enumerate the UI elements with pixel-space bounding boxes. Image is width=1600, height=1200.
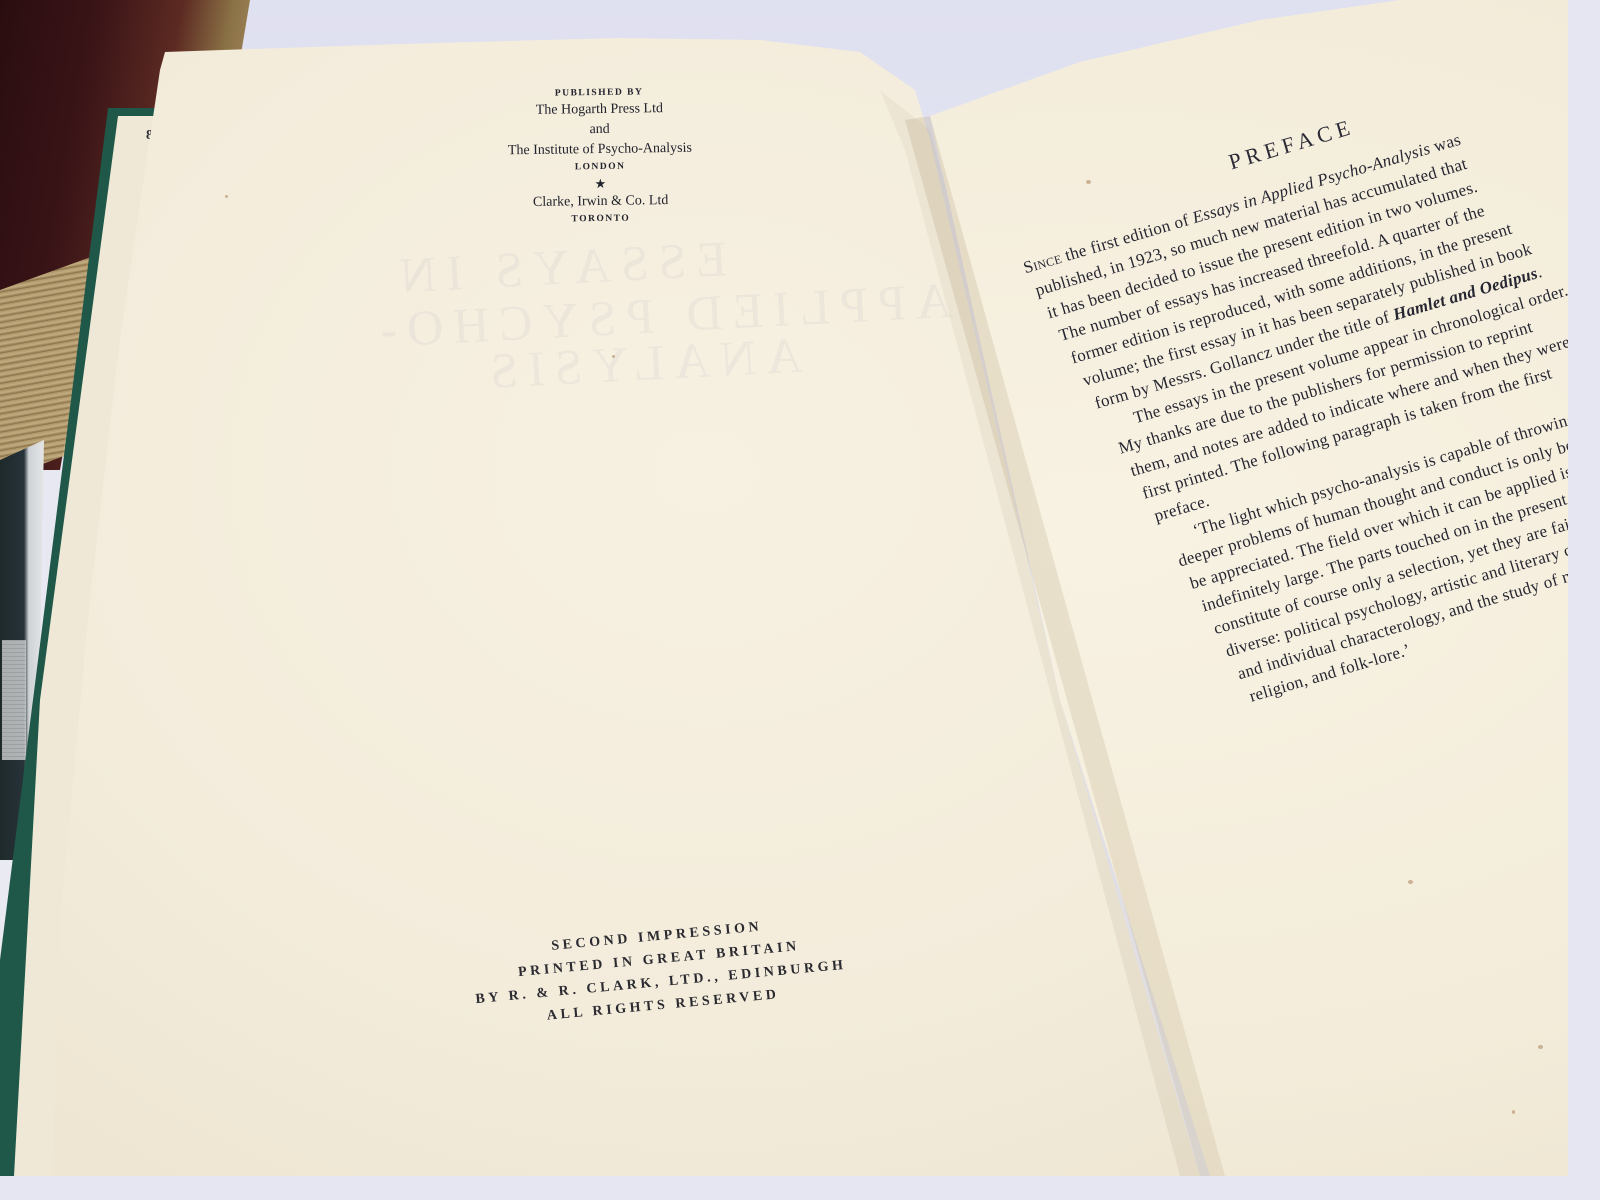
imprint-block: PUBLISHED BY The Hogarth Press Ltd and T…	[459, 84, 741, 228]
foxing-spot	[612, 355, 615, 358]
foxing-spot	[1538, 1045, 1543, 1049]
foxing-spot	[225, 195, 228, 198]
book-photo-scene: 8 ESSAYS IN APPLIED PSYCHO- ANALYSIS PUB…	[0, 0, 1568, 1176]
foxing-spot	[1512, 1110, 1515, 1114]
city-london: LONDON	[460, 158, 740, 176]
foxing-spot	[1408, 880, 1413, 884]
foxing-spot	[1086, 180, 1091, 184]
background-dvd-label	[2, 640, 26, 760]
